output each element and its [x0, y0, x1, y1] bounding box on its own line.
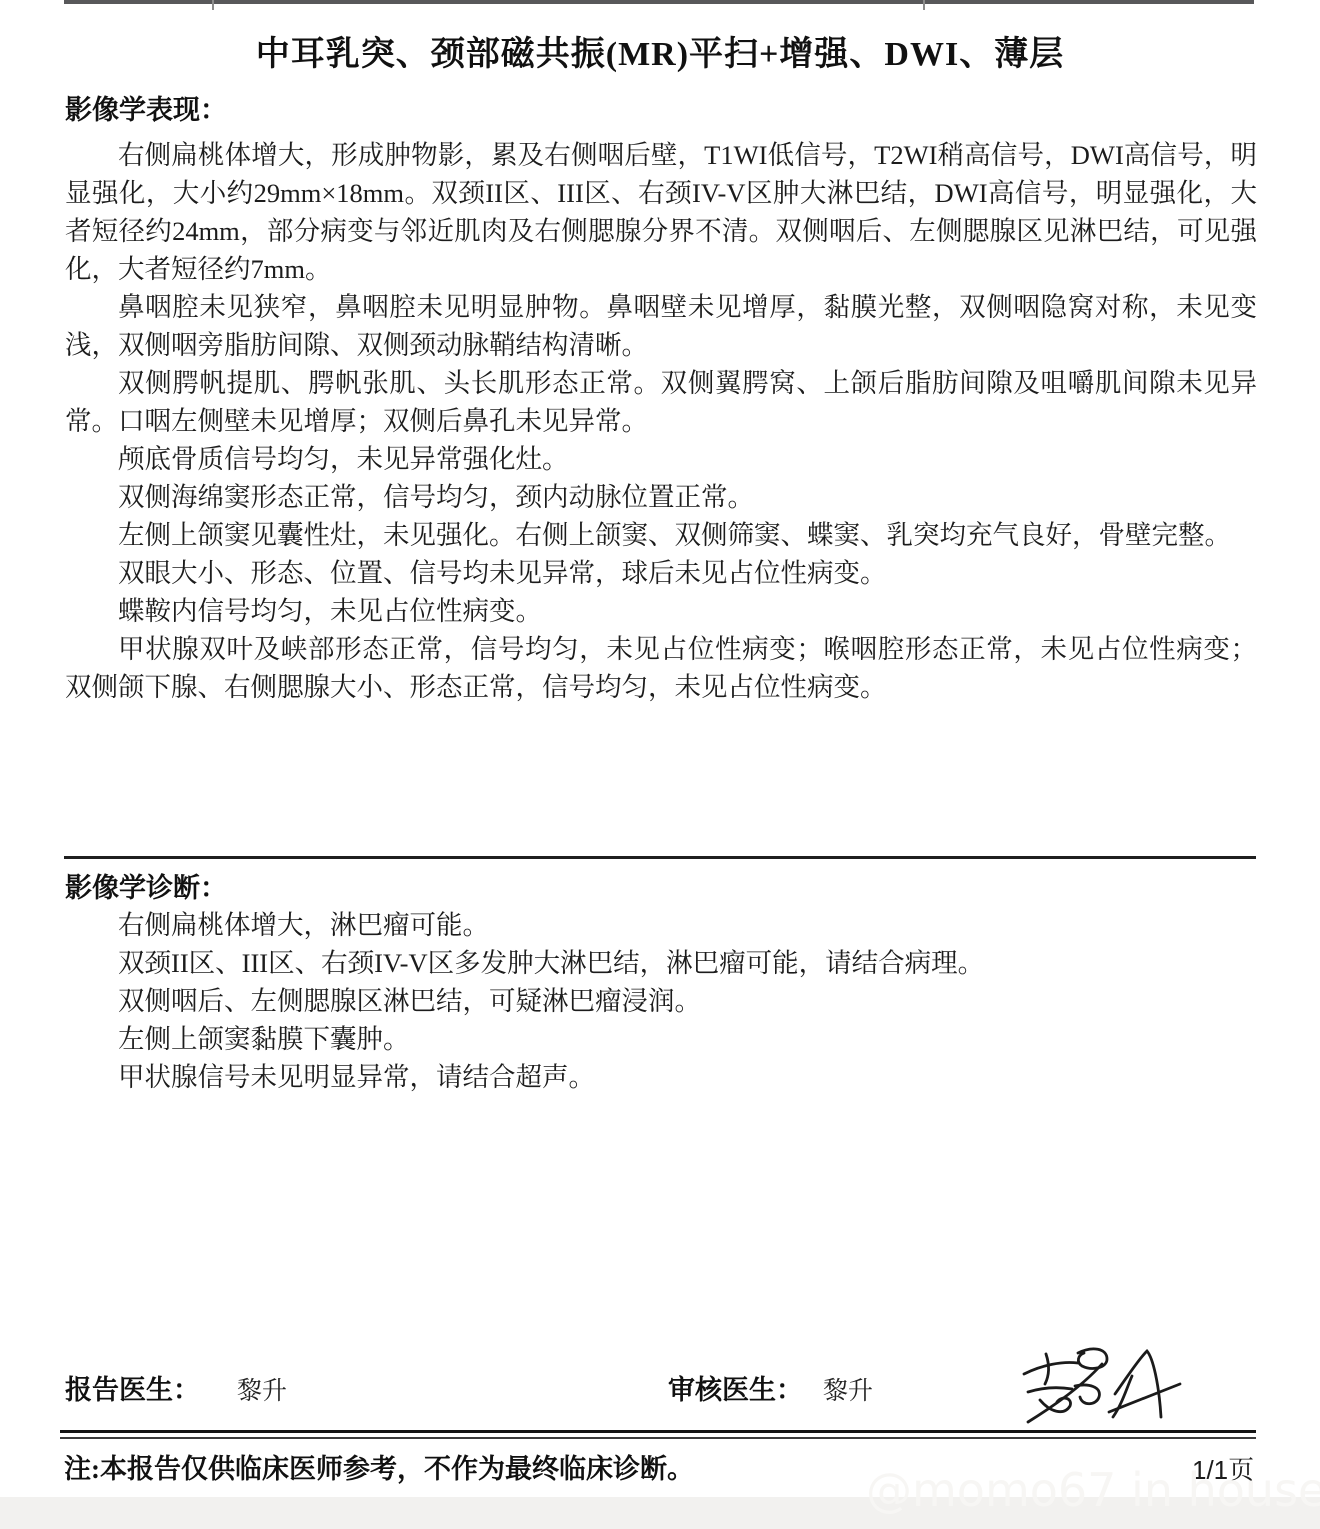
finding-paragraph: 鼻咽腔未见狭窄，鼻咽腔未见明显肿物。鼻咽壁未见增厚，黏膜光整，双侧咽隐窝对称，未… — [65, 288, 1257, 364]
findings-body: 右侧扁桃体增大，形成肿物影，累及右侧咽后壁，T1WI低信号，T2WI稍高信号，D… — [65, 136, 1257, 706]
finding-paragraph: 颅底骨质信号均匀，未见异常强化灶。 — [65, 440, 1257, 478]
report-doctor-label: 报告医生： — [65, 1368, 200, 1407]
diagnosis-item: 左侧上颌窦黏膜下囊肿。 — [65, 1020, 1257, 1058]
watermark-text: @momo67 in house086 — [866, 1466, 1320, 1514]
finding-paragraph: 蝶鞍内信号均匀，未见占位性病变。 — [65, 592, 1257, 630]
finding-paragraph: 左侧上颌窦见囊性灶，未见强化。右侧上颌窦、双侧筛窦、蝶窦、乳突均充气良好，骨壁完… — [65, 516, 1257, 554]
review-doctor-name: 黎升 — [823, 1371, 873, 1407]
top-table-border — [64, 0, 1254, 4]
footer-rule-thin — [60, 1437, 1256, 1439]
finding-paragraph: 双侧海绵窦形态正常，信号均匀，颈内动脉位置正常。 — [65, 478, 1257, 516]
diagnosis-item: 甲状腺信号未见明显异常，请结合超声。 — [65, 1058, 1257, 1096]
table-column-tick — [923, 0, 925, 10]
diagnosis-item: 右侧扁桃体增大，淋巴瘤可能。 — [65, 906, 1257, 944]
review-doctor-label: 审核医生： — [668, 1368, 803, 1407]
diagnosis-item: 双颈II区、III区、右颈IV-V区多发肿大淋巴结，淋巴瘤可能，请结合病理。 — [65, 944, 1257, 982]
doctor-signature-image — [1012, 1332, 1212, 1432]
diagnosis-heading: 影像学诊断： — [65, 866, 227, 905]
finding-paragraph: 双眼大小、形态、位置、信号均未见异常，球后未见占位性病变。 — [65, 554, 1257, 592]
finding-paragraph: 双侧腭帆提肌、腭帆张肌、头长肌形态正常。双侧翼腭窝、上颌后脂肪间隙及咀嚼肌间隙未… — [65, 364, 1257, 440]
table-column-tick — [212, 0, 214, 10]
report-doctor-name: 黎升 — [237, 1371, 287, 1407]
footer-rule-thick — [60, 1430, 1256, 1433]
findings-heading: 影像学表现： — [65, 88, 227, 127]
report-title: 中耳乳突、颈部磁共振(MR)平扫+增强、DWI、薄层 — [0, 26, 1320, 75]
diagnosis-item: 双侧咽后、左侧腮腺区淋巴结，可疑淋巴瘤浸润。 — [65, 982, 1257, 1020]
disclaimer-note: 注:本报告仅供临床医师参考，不作为最终临床诊断。 — [64, 1447, 694, 1486]
finding-paragraph: 右侧扁桃体增大，形成肿物影，累及右侧咽后壁，T1WI低信号，T2WI稍高信号，D… — [65, 136, 1257, 288]
diagnosis-body: 右侧扁桃体增大，淋巴瘤可能。 双颈II区、III区、右颈IV-V区多发肿大淋巴结… — [65, 906, 1257, 1096]
section-divider-line — [64, 856, 1256, 859]
finding-paragraph: 甲状腺双叶及峡部形态正常，信号均匀，未见占位性病变；喉咽腔形态正常，未见占位性病… — [65, 630, 1257, 706]
